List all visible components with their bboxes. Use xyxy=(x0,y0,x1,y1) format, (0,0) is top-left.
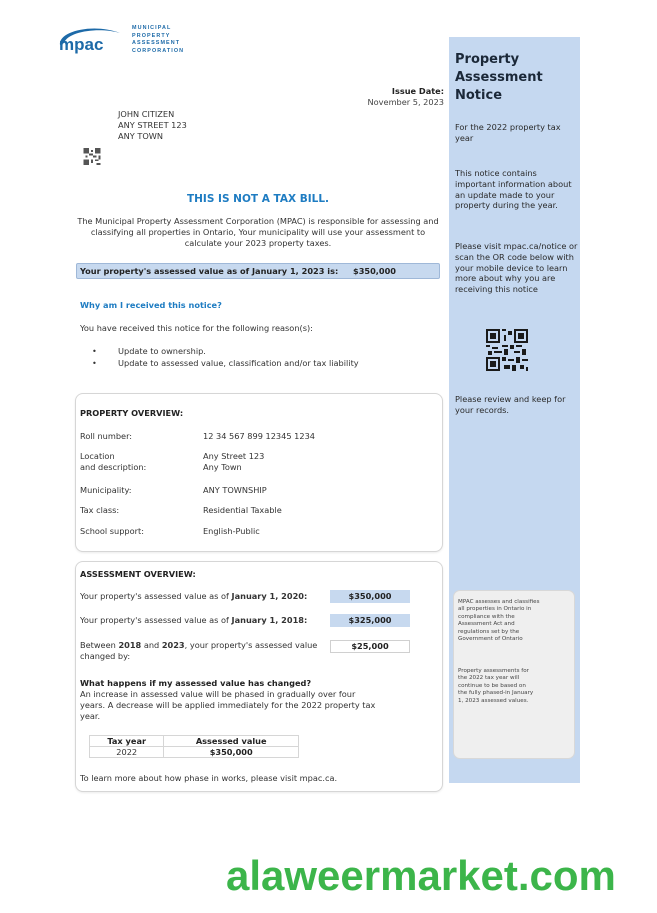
row-date: January 1, 2018: xyxy=(232,615,308,625)
sidebar-tax-year: For the 2022 property tax year xyxy=(455,122,565,144)
sidebar-card-phase-in: Property assessments for the 2022 tax ye… xyxy=(458,668,534,705)
assessed-2018-value: $325,000 xyxy=(330,614,410,627)
row-text: Your property's assessed value as of xyxy=(80,615,232,625)
sidebar-info: This notice contains important informati… xyxy=(455,168,577,211)
why-intro: You have received this notice for the fo… xyxy=(80,323,313,333)
row-text: Your property's assessed value as of xyxy=(80,591,232,601)
row-label: Location and description: xyxy=(80,451,200,473)
assessed-2018-row: Your property's assessed value as of Jan… xyxy=(80,615,330,626)
reason-item: Update to assessed value, classification… xyxy=(92,358,359,370)
sidebar-keep-records: Please review and keep for your records. xyxy=(455,394,577,416)
row-value: Residential Taxable xyxy=(203,505,282,516)
row-label-line: Location xyxy=(80,451,200,462)
row-label: Roll number: xyxy=(80,431,200,442)
property-overview-card: PROPERTY OVERVIEW: Roll number: 12 34 56… xyxy=(75,393,443,552)
issue-date-label: Issue Date: xyxy=(368,86,444,97)
assessed-value-cell: $350,000 xyxy=(164,747,299,758)
row-date: January 1, 2020: xyxy=(232,591,308,601)
row-value-line: Any Town xyxy=(203,462,264,473)
change-heading: What happens if my assessed value has ch… xyxy=(80,678,311,688)
logo-line: PROPERTY xyxy=(132,33,184,41)
sidebar-title-line: Property xyxy=(455,51,543,69)
logo-line: ASSESSMENT xyxy=(132,40,184,48)
row-text: Between xyxy=(80,640,118,650)
why-heading: Why am I received this notice? xyxy=(80,300,222,310)
assessed-value-label: Your property's assessed value as of Jan… xyxy=(80,266,338,276)
assessed-value-banner: Your property's assessed value as of Jan… xyxy=(76,263,440,279)
svg-text:mpac: mpac xyxy=(59,35,103,54)
row-label: School support: xyxy=(80,526,200,537)
intro-paragraph: The Municipal Property Assessment Corpor… xyxy=(76,216,440,250)
change-explanation: An increase in assessed value will be ph… xyxy=(80,689,380,722)
assessed-value-amount: $350,000 xyxy=(353,266,396,276)
sidebar-title-line: Assessment xyxy=(455,69,543,87)
logo-wordmark: MUNICIPAL PROPERTY ASSESSMENT CORPORATIO… xyxy=(132,25,184,55)
tax-year-cell: 2022 xyxy=(90,747,164,758)
value-change-amount: $25,000 xyxy=(330,640,410,653)
value-change-row: Between 2018 and 2023, your property's a… xyxy=(80,640,330,662)
assessment-overview-card: ASSESSMENT OVERVIEW: Your property's ass… xyxy=(75,561,443,792)
row-text: and xyxy=(141,640,162,650)
column-header: Tax year xyxy=(90,736,164,747)
row-value: 12 34 567 899 12345 1234 xyxy=(203,431,315,442)
assessment-overview-heading: ASSESSMENT OVERVIEW: xyxy=(80,569,196,579)
property-overview-heading: PROPERTY OVERVIEW: xyxy=(80,408,183,418)
sidebar-title-line: Notice xyxy=(455,87,543,105)
phase-in-table: Tax year Assessed value 2022 $350,000 xyxy=(89,735,299,758)
row-label: Municipality: xyxy=(80,485,200,496)
watermark-text: alaweermarket.com xyxy=(226,852,616,900)
logo-line: CORPORATION xyxy=(132,48,184,56)
column-header: Assessed value xyxy=(164,736,299,747)
reason-item: Update to ownership. xyxy=(92,346,359,358)
table-row: 2022 $350,000 xyxy=(90,747,299,758)
phase-in-footer: To learn more about how phase in works, … xyxy=(80,773,337,783)
sidebar-title: Property Assessment Notice xyxy=(455,51,543,105)
mpac-logo: mpac MUNICIPAL PROPERTY ASSESSMENT CORPO… xyxy=(54,23,214,57)
notice-sidebar: Property Assessment Notice For the 2022 … xyxy=(449,37,580,783)
sidebar-info-card: MPAC assesses and classifies all propert… xyxy=(453,590,575,759)
assessed-2020-value: $350,000 xyxy=(330,590,410,603)
issue-date-value: November 5, 2023 xyxy=(368,97,444,108)
assessed-2020-row: Your property's assessed value as of Jan… xyxy=(80,591,330,602)
row-year: 2023 xyxy=(162,640,185,650)
row-value: Any Street 123 Any Town xyxy=(203,451,264,473)
sidebar-card-compliance: MPAC assesses and classifies all propert… xyxy=(458,599,542,643)
not-a-tax-bill-heading: THIS IS NOT A TAX BILL. xyxy=(76,193,440,205)
row-label-line: and description: xyxy=(80,462,200,473)
notice-qr-code-icon[interactable] xyxy=(485,329,529,371)
recipient-town: ANY TOWN xyxy=(118,131,187,142)
recipient-name: JOHN CITIZEN xyxy=(118,109,187,120)
row-year: 2018 xyxy=(118,640,141,650)
logo-line: MUNICIPAL xyxy=(132,25,184,33)
recipient-address: JOHN CITIZEN ANY STREET 123 ANY TOWN xyxy=(118,109,187,142)
issue-date: Issue Date: November 5, 2023 xyxy=(368,86,444,108)
sidebar-visit: Please visit mpac.ca/notice or scan the … xyxy=(455,241,579,295)
table-header-row: Tax year Assessed value xyxy=(90,736,299,747)
row-value-line: Any Street 123 xyxy=(203,451,264,462)
mpac-logo-icon: mpac xyxy=(54,23,126,57)
row-value: ANY TOWNSHIP xyxy=(203,485,267,496)
row-label: Tax class: xyxy=(80,505,200,516)
mail-qr-code-icon xyxy=(83,148,101,165)
recipient-street: ANY STREET 123 xyxy=(118,120,187,131)
reasons-list: Update to ownership. Update to assessed … xyxy=(92,346,359,369)
row-value: English-Public xyxy=(203,526,260,537)
